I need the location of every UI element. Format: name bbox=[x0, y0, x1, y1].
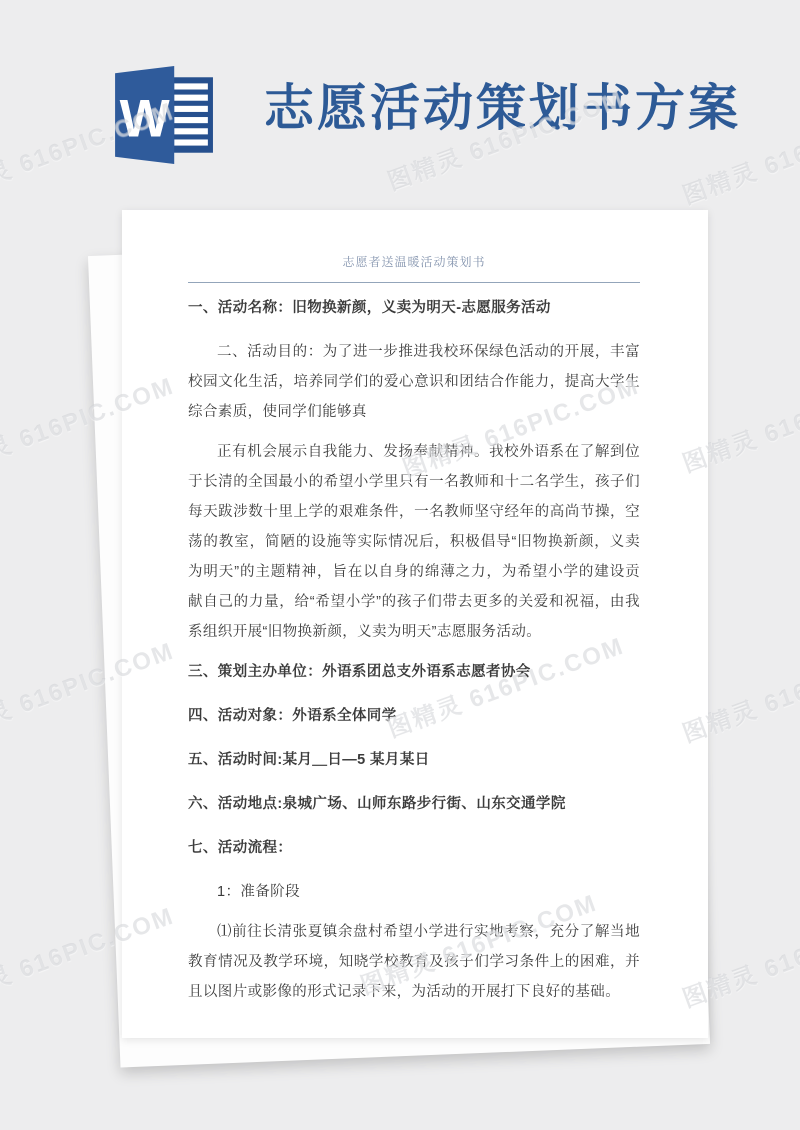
document-page: 志愿者送温暖活动策划书 一、活动名称：旧物换新颜，义卖为明天-志愿服务活动 二、… bbox=[122, 210, 708, 1038]
paragraph-stage-1: 1：准备阶段 bbox=[188, 877, 640, 907]
paragraph-location: 六、活动地点:泉城广场、山师东路步行街、山东交通学院 bbox=[188, 789, 640, 819]
paragraph-process: 七、活动流程： bbox=[188, 833, 640, 863]
word-flag: W bbox=[115, 66, 174, 164]
paragraph-time: 五、活动时间:某月＿日—5 某月某日 bbox=[188, 745, 640, 775]
paragraph-activity-purpose: 二、活动目的：为了进一步推进我校环保绿色活动的开展，丰富校园文化生活，培养同学们… bbox=[188, 337, 640, 427]
word-letter: W bbox=[120, 89, 170, 148]
preview-canvas: W 志愿活动策划书方案 志愿者送温暖活动策划书 一、活动名称：旧物换新颜，义卖为… bbox=[0, 0, 800, 1130]
word-doc-sheet bbox=[168, 77, 213, 152]
paragraph-target: 四、活动对象：外语系全体同学 bbox=[188, 701, 640, 731]
word-icon: W bbox=[111, 64, 215, 166]
doc-title: 志愿者送温暖活动策划书 bbox=[188, 254, 640, 270]
paragraph-organizer: 三、策划主办单位：外语系团总支外语系志愿者协会 bbox=[188, 657, 640, 687]
paragraph-stage-1-detail: ⑴前往长清张夏镇余盘村希望小学进行实地考察，充分了解当地教育情况及教学环境，知晓… bbox=[188, 917, 640, 1007]
doc-divider bbox=[188, 282, 640, 283]
page-title: 志愿活动策划书方案 bbox=[264, 78, 741, 138]
paragraph-purpose-detail: 正有机会展示自我能力、发扬奉献精神。我校外语系在了解到位于长清的全国最小的希望小… bbox=[188, 437, 640, 647]
paragraph-activity-name: 一、活动名称：旧物换新颜，义卖为明天-志愿服务活动 bbox=[188, 293, 640, 323]
header: W 志愿活动策划书方案 bbox=[0, 0, 800, 200]
